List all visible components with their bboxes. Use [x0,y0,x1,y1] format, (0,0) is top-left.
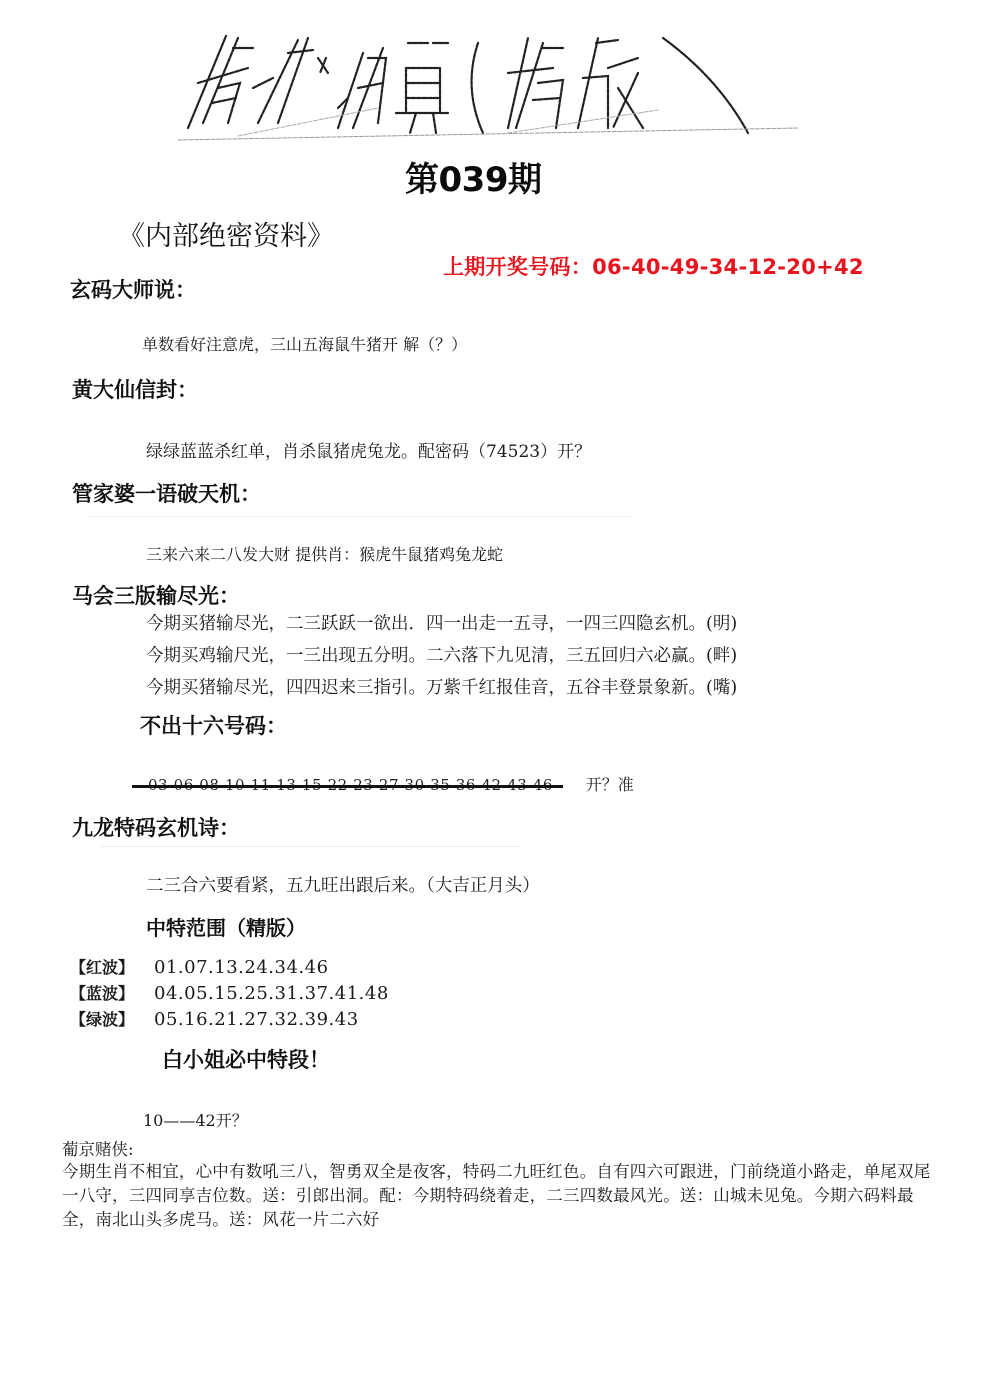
section-title-nine-dragon: 九龙特码玄机诗： [72,812,240,842]
section-title-macau-gambler: 葡京赌侠: [62,1136,134,1160]
section-title-horse-club: 马会三版输尽光： [72,580,240,610]
section-title-master: 玄码大师说： [70,274,196,304]
miss-bai-text: 10——42开？ [143,1108,248,1131]
housekeeper-text: 三来六来二八发大财 提供肖：猴虎牛鼠猪鸡兔龙蛇 [146,542,503,565]
horse-club-line-1: 今期买猪输尽光，二三跃跃一欲出．四一出走一五寻，一四三四隐玄机。(明) [146,610,737,635]
section-title-envelope: 黄大仙信封： [72,374,198,404]
handwritten-banner-icon [178,28,798,143]
banner-title-image [178,28,798,143]
excluded-numbers-row: 03-06-08-10-11-13-15-22-23-27-30-35-36-4… [144,772,634,795]
wave-row-blue: 【蓝波】04.05.15.25.31.37.41.48 [70,981,389,1004]
wave-label-red: 【红波】 [70,955,154,978]
document-subtitle: 《内部绝密资料》 [118,214,334,253]
horse-club-line-3: 今期买猪输尽光，四四迟来三指引。万紫千红报佳音，五谷丰登景象新。(嘴) [146,674,737,699]
excluded-suffix: 开？准 [586,775,634,794]
nine-dragon-text: 二三合六要看紧，五九旺出跟后来。（大吉正月头） [146,872,540,897]
divider [100,846,520,847]
issue-number: 第039期 [405,152,541,201]
wave-numbers-red: 01.07.13.24.34.46 [154,957,329,978]
wave-row-green: 【绿波】05.16.21.27.32.39.43 [70,1007,359,1030]
wave-label-green: 【绿波】 [70,1007,154,1030]
last-draw-numbers: 上期开奖号码：06-40-49-34-12-20+42 [443,251,864,281]
master-text: 单数看好注意虎，三山五海鼠牛猪开 解（？） [142,332,467,355]
section-title-housekeeper: 管家婆一语破天机： [72,478,261,508]
envelope-text: 绿绿蓝蓝杀红单，肖杀鼠猪虎兔龙。配密码（74523）开？ [146,437,591,462]
wave-numbers-green: 05.16.21.27.32.39.43 [154,1009,359,1030]
wave-row-red: 【红波】01.07.13.24.34.46 [70,955,329,978]
macau-gambler-text: 今期生肖不相宜，心中有数吼三八，智勇双全是夜客，特码二九旺红色。自有四六可跟进，… [62,1160,932,1232]
wave-numbers-blue: 04.05.15.25.31.37.41.48 [154,983,389,1004]
divider [90,516,630,517]
section-title-excluded: 不出十六号码： [140,710,287,740]
section-title-range: 中特范围（精版） [146,912,306,941]
horse-club-line-2: 今期买鸡输尺光，一三出现五分明。二六落下九见清，三五回归六必赢。(畔) [146,642,737,667]
excluded-numbers-struck: 03-06-08-10-11-13-15-22-23-27-30-35-36-4… [144,776,557,794]
section-title-miss-bai: 白小姐必中特段！ [162,1044,330,1074]
wave-label-blue: 【蓝波】 [70,981,154,1004]
